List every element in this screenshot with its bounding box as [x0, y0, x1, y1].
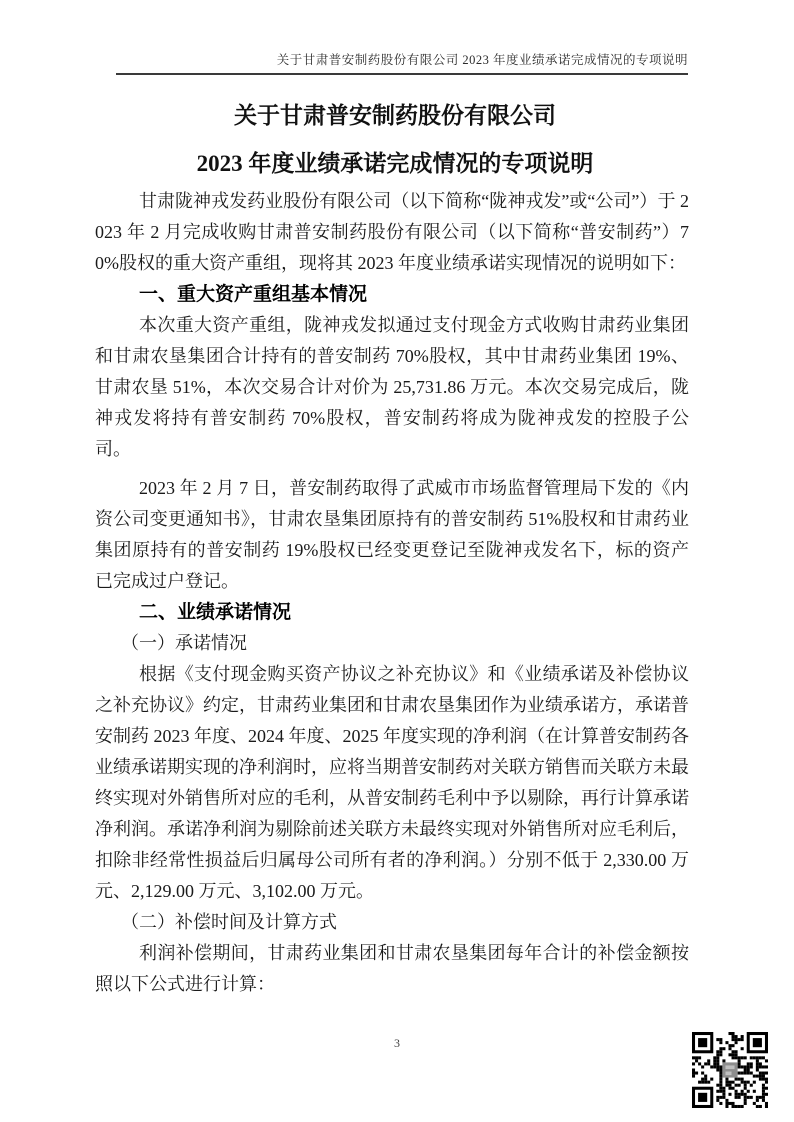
page-header: 关于甘肃普安制药股份有限公司 2023 年度业绩承诺完成情况的专项说明: [116, 50, 688, 75]
section2-sub1-paragraph: 根据《支付现金购买资产协议之补充协议》和《业绩承诺及补偿协议之补充协议》约定，甘…: [95, 659, 689, 907]
document-body: 甘肃陇神戎发药业股份有限公司（以下简称“陇神戎发”或“公司”）于 2023 年 …: [95, 186, 689, 1000]
document-title-line-2: 2023 年度业绩承诺完成情况的专项说明: [95, 140, 695, 188]
section1-paragraph-2: 2023 年 2 月 7 日，普安制药取得了武威市市场监督管理局下发的《内资公司…: [95, 473, 689, 597]
document-title-line-1: 关于甘肃普安制药股份有限公司: [95, 92, 695, 140]
section2-heading: 二、业绩承诺情况: [95, 597, 689, 628]
page-number: 3: [0, 1036, 794, 1051]
section2-sub2-heading: （二）补偿时间及计算方式: [95, 907, 689, 938]
section2-sub2-paragraph: 利润补偿期间，甘肃药业集团和甘肃农垦集团每年合计的补偿金额按照以下公式进行计算：: [95, 938, 689, 1000]
paragraph-spacer: [95, 465, 689, 473]
document-title: 关于甘肃普安制药股份有限公司 2023 年度业绩承诺完成情况的专项说明: [95, 92, 695, 188]
section1-heading: 一、重大资产重组基本情况: [95, 279, 689, 310]
section1-paragraph-1: 本次重大资产重组，陇神戎发拟通过支付现金方式收购甘肃药业集团和甘肃农垦集团合计持…: [95, 310, 689, 465]
page-header-text: 关于甘肃普安制药股份有限公司 2023 年度业绩承诺完成情况的专项说明: [277, 53, 688, 67]
section2-sub1-heading: （一）承诺情况: [95, 628, 689, 659]
document-page: 关于甘肃普安制药股份有限公司 2023 年度业绩承诺完成情况的专项说明 关于甘肃…: [0, 0, 794, 1122]
qr-code: [692, 1032, 768, 1108]
qr-code-image: [692, 1032, 768, 1108]
intro-paragraph: 甘肃陇神戎发药业股份有限公司（以下简称“陇神戎发”或“公司”）于 2023 年 …: [95, 186, 689, 279]
